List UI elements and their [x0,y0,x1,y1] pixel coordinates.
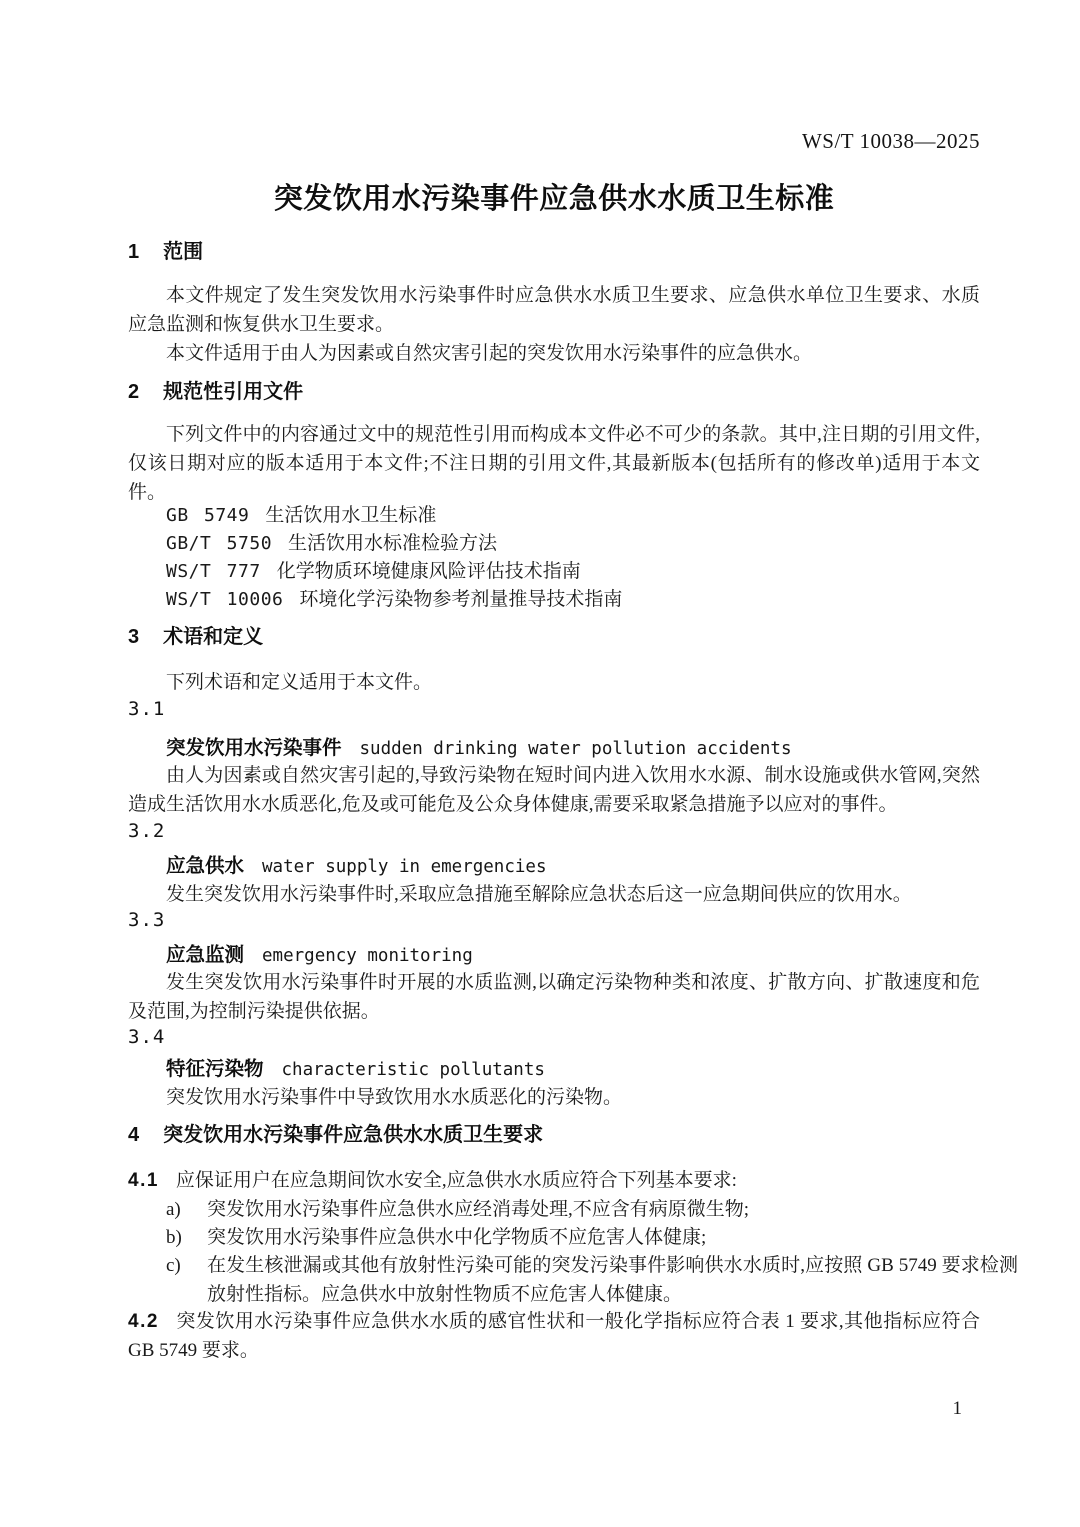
section-1-heading: 1范围 [128,238,980,267]
term-name-zh: 应急供水 [166,855,244,877]
standard-code: WS/T 10038—2025 [128,127,980,156]
section-1-paragraph-2: 本文件适用于由人为因素或自然灾害引起的突发饮用水污染事件的应急供水。 [128,339,980,368]
term-entry: 突发饮用水污染事件sudden drinking water pollution… [166,734,1018,764]
document-page: WS/T 10038—2025 突发饮用水污染事件应急供水水质卫生标准 1范围 … [0,0,1080,1527]
term-number: 3.2 [128,817,980,846]
section-2-heading: 2规范性引用文件 [128,378,980,407]
reference-item: WS/T 777化学物质环境健康风险评估技术指南 [166,558,980,586]
term-entry: 应急供水water supply in emergencies [166,852,1018,882]
reference-title: 化学物质环境健康风险评估技术指南 [277,561,581,582]
reference-item: GB/T 5750生活饮用水标准检验方法 [166,530,980,558]
term-number: 3.3 [128,906,980,935]
clause-4-2: 4.2突发饮用水污染事件应急供水水质的感官性状和一般化学指标应符合表 1 要求,… [128,1307,980,1365]
term-definition: 发生突发饮用水污染事件时开展的水质监测,以确定污染物种类和浓度、扩散方向、扩散速… [128,968,980,1026]
reference-code: GB/T 5750 [166,533,272,554]
list-item-a: a) 突发饮用水污染事件应急供水应经消毒处理,不应含有病原微生物; [166,1195,1018,1224]
reference-title: 生活饮用水卫生标准 [265,505,436,526]
reference-code: WS/T 777 [166,561,261,582]
list-item-text: 突发饮用水污染事件应急供水中化学物质不应危害人体健康; [207,1223,1018,1252]
term-name-zh: 特征污染物 [166,1058,264,1080]
section-4-number: 4 [128,1121,140,1150]
list-item-label: b) [166,1223,207,1252]
term-definition: 发生突发饮用水污染事件时,采取应急措施至解除应急状态后这一应急期间供应的饮用水。 [128,880,980,909]
clause-4-1-text: 应保证用户在应急期间饮水安全,应急供水水质应符合下列基本要求: [176,1170,737,1191]
term-name-zh: 突发饮用水污染事件 [166,737,342,759]
section-1-number: 1 [128,238,140,267]
list-item-label: c) [166,1251,207,1309]
section-2-title: 规范性引用文件 [163,381,303,403]
section-2-number: 2 [128,378,140,407]
term-entry: 特征污染物characteristic pollutants [166,1055,1018,1085]
reference-item: WS/T 10006环境化学污染物参考剂量推导技术指南 [166,586,980,614]
section-3-intro: 下列术语和定义适用于本文件。 [128,668,980,697]
reference-title: 生活饮用水标准检验方法 [288,533,497,554]
section-3-title: 术语和定义 [163,626,263,648]
term-name-en: characteristic pollutants [282,1060,545,1080]
term-name-en: water supply in emergencies [262,857,546,877]
clause-4-1: 4.1应保证用户在应急期间饮水安全,应急供水水质应符合下列基本要求: [128,1166,980,1195]
reference-code: GB 5749 [166,505,249,526]
term-name-zh: 应急监测 [166,944,244,966]
reference-code: WS/T 10006 [166,589,283,610]
section-4-heading: 4突发饮用水污染事件应急供水水质卫生要求 [128,1121,980,1150]
term-name-en: sudden drinking water pollution accident… [360,739,792,759]
page-number: 1 [922,1394,962,1423]
list-item-c: c) 在发生核泄漏或其他有放射性污染可能的突发污染事件影响供水水质时,应按照 G… [166,1251,1018,1309]
section-3-heading: 3术语和定义 [128,623,980,652]
term-definition: 由人为因素或自然灾害引起的,导致污染物在短时间内进入饮用水水源、制水设施或供水管… [128,761,980,819]
document-title: 突发饮用水污染事件应急供水水质卫生标准 [128,179,980,219]
clause-4-2-number: 4.2 [128,1311,159,1332]
reference-title: 环境化学污染物参考剂量推导技术指南 [299,589,622,610]
clause-4-1-number: 4.1 [128,1170,159,1191]
list-item-b: b) 突发饮用水污染事件应急供水中化学物质不应危害人体健康; [166,1223,1018,1252]
term-number: 3.1 [128,695,980,724]
term-name-en: emergency monitoring [262,946,473,966]
clause-4-2-text: 突发饮用水污染事件应急供水水质的感官性状和一般化学指标应符合表 1 要求,其他指… [128,1311,980,1361]
section-1-paragraph-1: 本文件规定了发生突发饮用水污染事件时应急供水水质卫生要求、应急供水单位卫生要求、… [128,281,980,339]
term-entry: 应急监测emergency monitoring [166,941,1018,971]
term-definition: 突发饮用水污染事件中导致饮用水水质恶化的污染物。 [128,1083,980,1112]
section-1-title: 范围 [163,241,203,263]
list-item-text: 突发饮用水污染事件应急供水应经消毒处理,不应含有病原微生物; [207,1195,1018,1224]
section-3-number: 3 [128,623,140,652]
section-2-paragraph: 下列文件中的内容通过文中的规范性引用而构成本文件必不可少的条款。其中,注日期的引… [128,420,980,507]
section-4-title: 突发饮用水污染事件应急供水水质卫生要求 [163,1124,543,1146]
reference-item: GB 5749生活饮用水卫生标准 [166,502,980,530]
list-item-label: a) [166,1195,207,1224]
reference-list: GB 5749生活饮用水卫生标准 GB/T 5750生活饮用水标准检验方法 WS… [128,502,980,614]
list-item-text: 在发生核泄漏或其他有放射性污染可能的突发污染事件影响供水水质时,应按照 GB 5… [207,1251,1018,1309]
term-number: 3.4 [128,1023,980,1052]
